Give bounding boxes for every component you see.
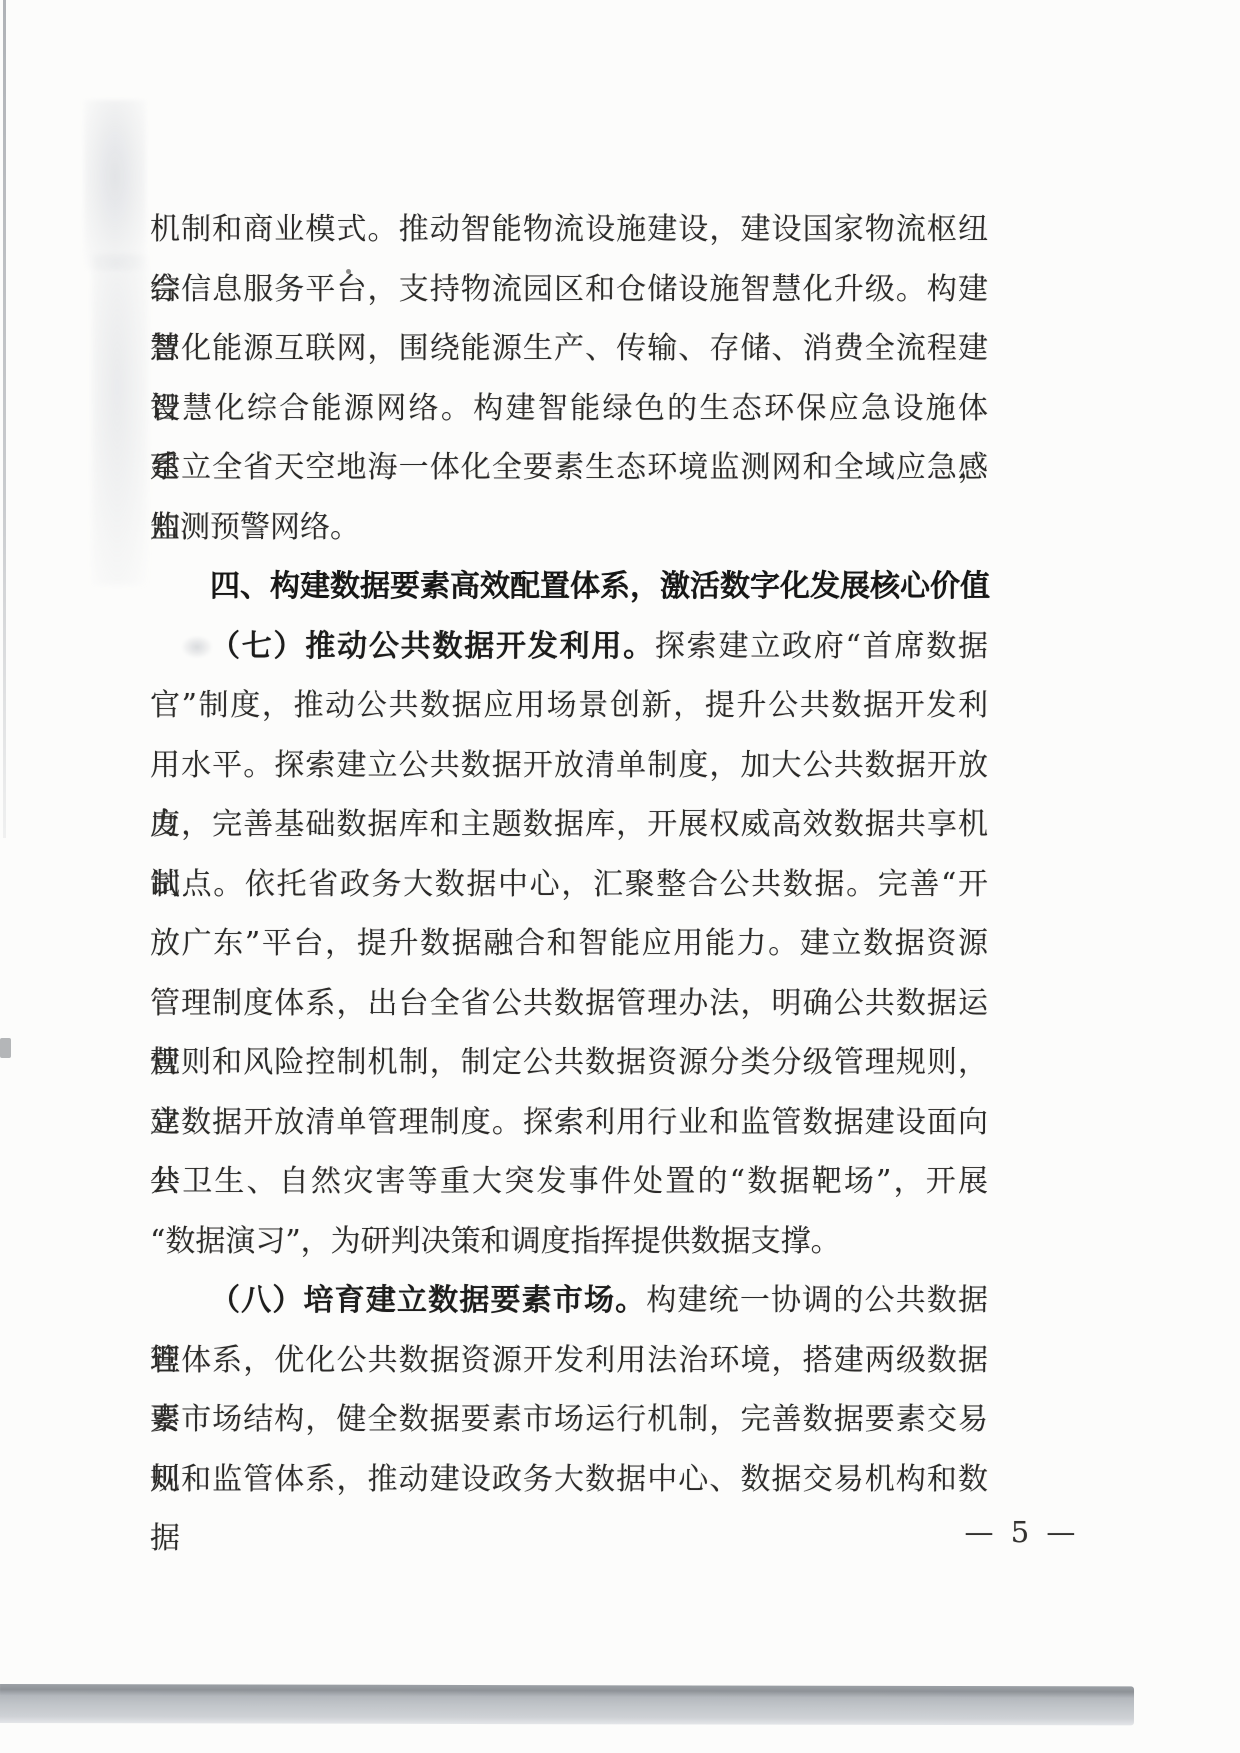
text-line: 规则和风险控制机制，制定公共数据资源分类分级管理规则，建 [150,1033,988,1093]
text-line: 则和监管体系，推动建设政务大数据中心、数据交易机构和数据 [150,1450,988,1510]
scan-left-edge-line [3,0,6,838]
scan-smudge [84,100,146,270]
text-line: 监测预警网络。 [150,498,988,558]
scan-bottom-edge-shadow [0,1684,1134,1725]
document-page: 机制和商业模式。推动智能物流设施建设，建设国家物流枢纽综合信息服务平台，支持物流… [0,0,1240,1753]
paragraph-lead-text: （七）推动公共数据开发利用。 [210,629,655,664]
text-line: 建立全省天空地海一体化全要素生态环境监测网和全域应急感知 [150,438,988,498]
text-line: 慧化能源互联网，围绕能源生产、传输、存储、消费全流程建设 [150,319,988,379]
paragraph-text: 官”制度，推动公共数据应用场景创新，提升公共数据开发利 [150,688,988,723]
paragraph-text: 监测预警网络。 [150,510,360,545]
text-line: “数据演习”，为研判决策和调度指挥提供数据支撑。 [150,1212,988,1272]
text-line: 官”制度，推动公共数据应用场景创新，提升公共数据开发利 [150,676,988,736]
text-line: 试点。依托省政务大数据中心，汇聚整合公共数据。完善“开 [150,855,988,915]
paragraph-lead-text: （八）培育建立数据要素市场。 [210,1283,646,1318]
text-line: 度，完善基础数据库和主题数据库，开展权威高效数据共享机制 [150,795,988,855]
text-line: （八）培育建立数据要素市场。构建统一协调的公共数据管 [150,1271,988,1331]
text-line: （七）推动公共数据开发利用。探索建立政府“首席数据 [150,617,988,677]
text-line: 立数据开放清单管理制度。探索利用行业和监管数据建设面向公 [150,1093,988,1153]
page-number: — 5 — [952,1512,1092,1552]
text-line: 素市场结构，健全数据要素市场运行机制，完善数据要素交易规 [150,1390,988,1450]
text-line: 智慧化综合能源网络。构建智能绿色的生态环保应急设施体系， [150,379,988,439]
scan-smudge [92,255,148,585]
text-block: 机制和商业模式。推动智能物流设施建设，建设国家物流枢纽综合信息服务平台，支持物流… [150,200,988,1509]
paragraph-text: 探索建立政府“首席数据 [655,629,988,664]
text-line: 理体系，优化公共数据资源开发利用法治环境，搭建两级数据要 [150,1331,988,1391]
paragraph-text: 放广东”平台，提升数据融合和智能应用能力。建立数据资源 [150,926,988,961]
text-line: 放广东”平台，提升数据融合和智能应用能力。建立数据资源 [150,914,988,974]
paragraph-lead-text: 四、构建数据要素高效配置体系，激活数字化发展核心价值 [210,569,990,604]
paragraph-text: 共卫生、自然灾害等重大突发事件处置的“数据靶场”，开展 [150,1164,988,1199]
scan-left-edge-mark [0,1038,11,1058]
text-line: 用水平。探索建立公共数据开放清单制度，加大公共数据开放力 [150,736,988,796]
paragraph-text: 试点。依托省政务大数据中心，汇聚整合公共数据。完善“开 [150,867,988,902]
text-line: 共卫生、自然灾害等重大突发事件处置的“数据靶场”，开展 [150,1152,988,1212]
text-line: 机制和商业模式。推动智能物流设施建设，建设国家物流枢纽综 [150,200,988,260]
paragraph-text: “数据演习”，为研判决策和调度指挥提供数据支撑。 [150,1224,841,1259]
paragraph-text: 则和监管体系，推动建设政务大数据中心、数据交易机构和数据 [150,1462,988,1557]
text-line: 管理制度体系，出台全省公共数据管理办法，明确公共数据运营 [150,974,988,1034]
text-line: 合信息服务平台，支持物流园区和仓储设施智慧化升级。构建智 [150,260,988,320]
section-heading: 四、构建数据要素高效配置体系，激活数字化发展核心价值 [150,557,988,617]
